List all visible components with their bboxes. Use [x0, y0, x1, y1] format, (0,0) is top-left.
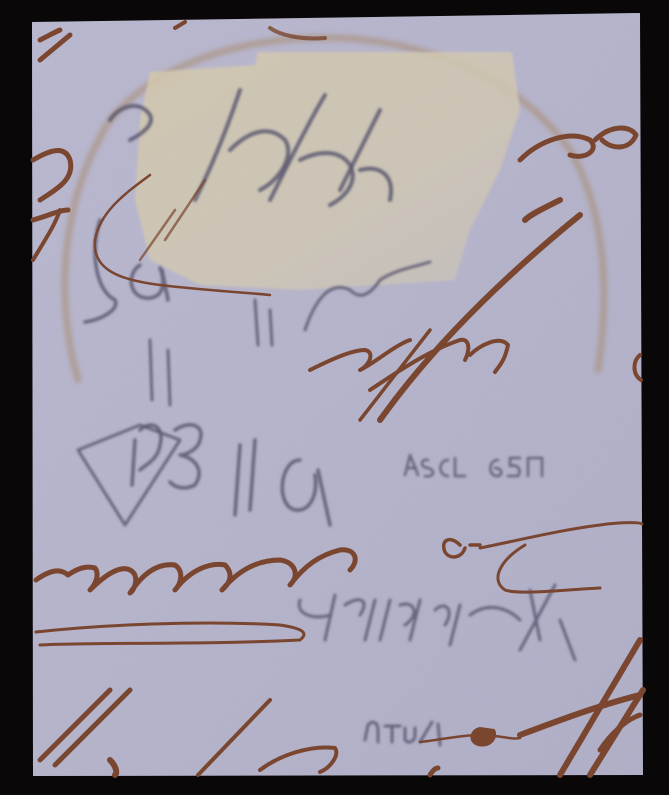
- stamp-back-photo: [0, 0, 669, 795]
- stamp-hinge: [135, 52, 520, 290]
